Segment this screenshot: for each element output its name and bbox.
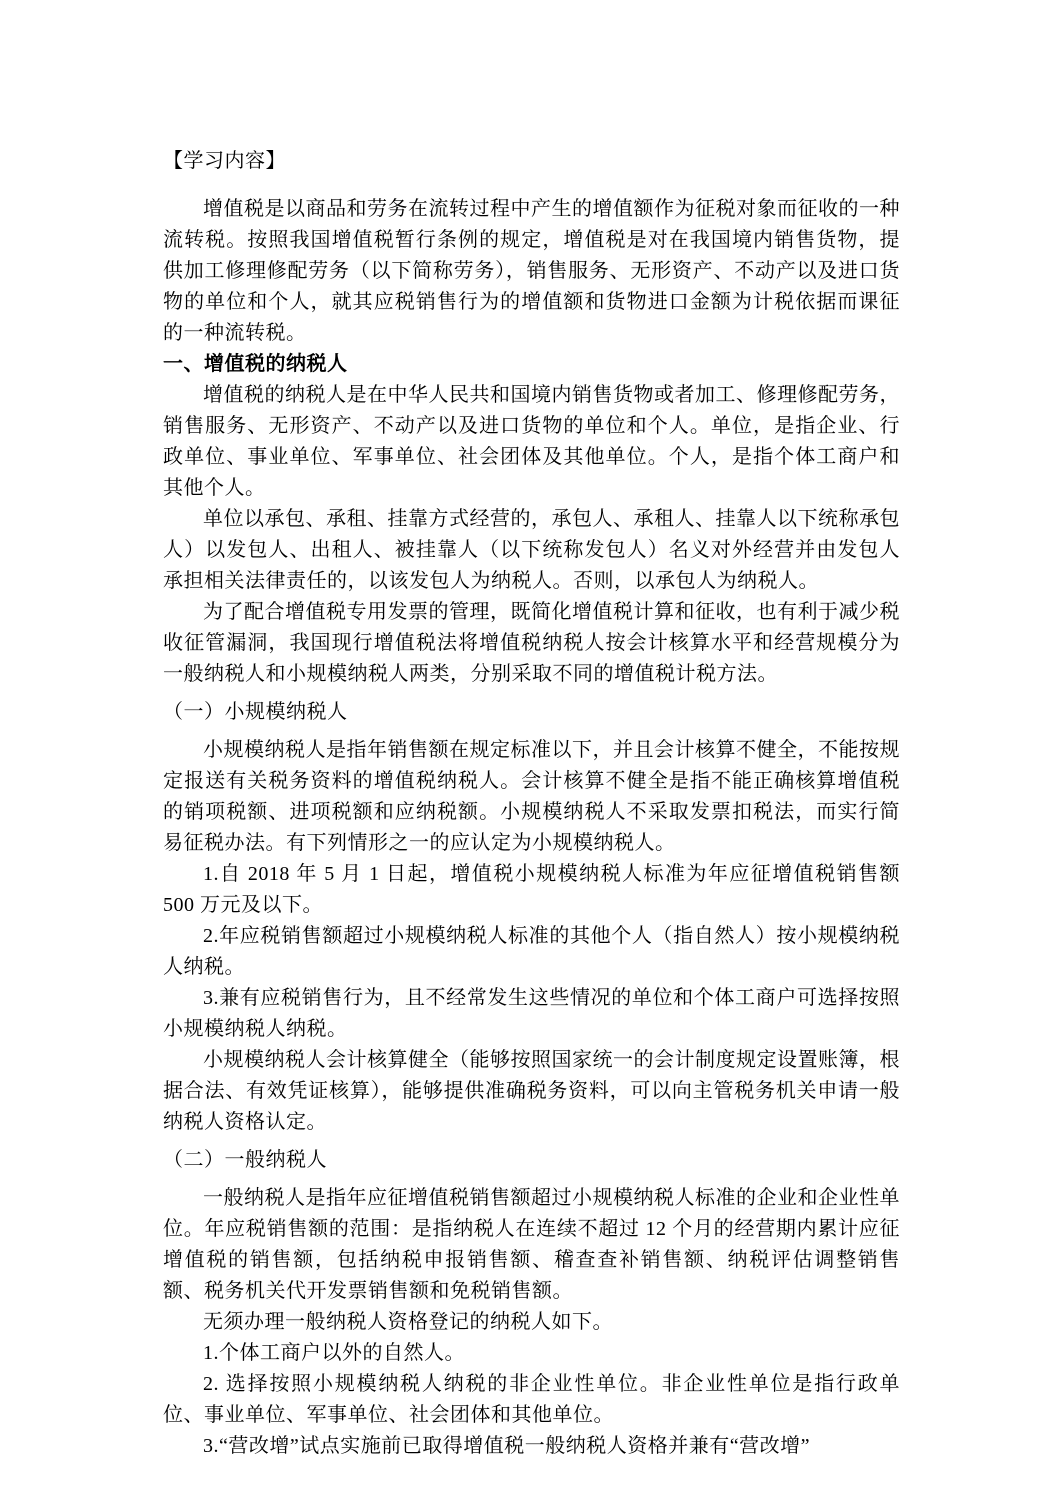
document-body: 增值税是以商品和劳务在流转过程中产生的增值额作为征税对象而征收的一种流转税。按照… bbox=[163, 194, 900, 1462]
paragraph: 一般纳税人是指年应征增值税销售额超过小规模纳税人标准的企业和企业性单位。年应税销… bbox=[163, 1183, 900, 1307]
paragraph: 小规模纳税人是指年销售额在规定标准以下，并且会计核算不健全，不能按规定报送有关税… bbox=[163, 735, 900, 859]
document-section-title: 【学习内容】 bbox=[163, 146, 900, 177]
paragraph: 为了配合增值税专用发票的管理，既简化增值税计算和征收，也有利于减少税收征管漏洞，… bbox=[163, 597, 900, 690]
paragraph: 1.自 2018 年 5 月 1 日起，增值税小规模纳税人标准为年应征增值税销售… bbox=[163, 859, 900, 921]
paragraph: 3.兼有应税销售行为，且不经常发生这些情况的单位和个体工商户可选择按照小规模纳税… bbox=[163, 983, 900, 1045]
paragraph: 1.个体工商户以外的自然人。 bbox=[163, 1338, 900, 1369]
subsection-heading: （二）一般纳税人 bbox=[163, 1145, 900, 1176]
paragraph: 3.“营改增”试点实施前已取得增值税一般纳税人资格并兼有“营改增” bbox=[163, 1431, 900, 1462]
paragraph: 2.年应税销售额超过小规模纳税人标准的其他个人（指自然人）按小规模纳税人纳税。 bbox=[163, 921, 900, 983]
section-heading: 一、增值税的纳税人 bbox=[163, 349, 900, 380]
paragraph: 单位以承包、承租、挂靠方式经营的，承包人、承租人、挂靠人以下统称承包人）以发包人… bbox=[163, 504, 900, 597]
paragraph: 2. 选择按照小规模纳税人纳税的非企业性单位。非企业性单位是指行政单位、事业单位… bbox=[163, 1369, 900, 1431]
subsection-heading: （一）小规模纳税人 bbox=[163, 697, 900, 728]
paragraph: 增值税的纳税人是在中华人民共和国境内销售货物或者加工、修理修配劳务，销售服务、无… bbox=[163, 380, 900, 504]
document-content: 【学习内容】 增值税是以商品和劳务在流转过程中产生的增值额作为征税对象而征收的一… bbox=[163, 146, 900, 1462]
paragraph: 小规模纳税人会计核算健全（能够按照国家统一的会计制度规定设置账簿，根据合法、有效… bbox=[163, 1045, 900, 1138]
paragraph: 无须办理一般纳税人资格登记的纳税人如下。 bbox=[163, 1307, 900, 1338]
paragraph: 增值税是以商品和劳务在流转过程中产生的增值额作为征税对象而征收的一种流转税。按照… bbox=[163, 194, 900, 349]
document-page: 【学习内容】 增值税是以商品和劳务在流转过程中产生的增值额作为征税对象而征收的一… bbox=[0, 0, 1059, 1497]
